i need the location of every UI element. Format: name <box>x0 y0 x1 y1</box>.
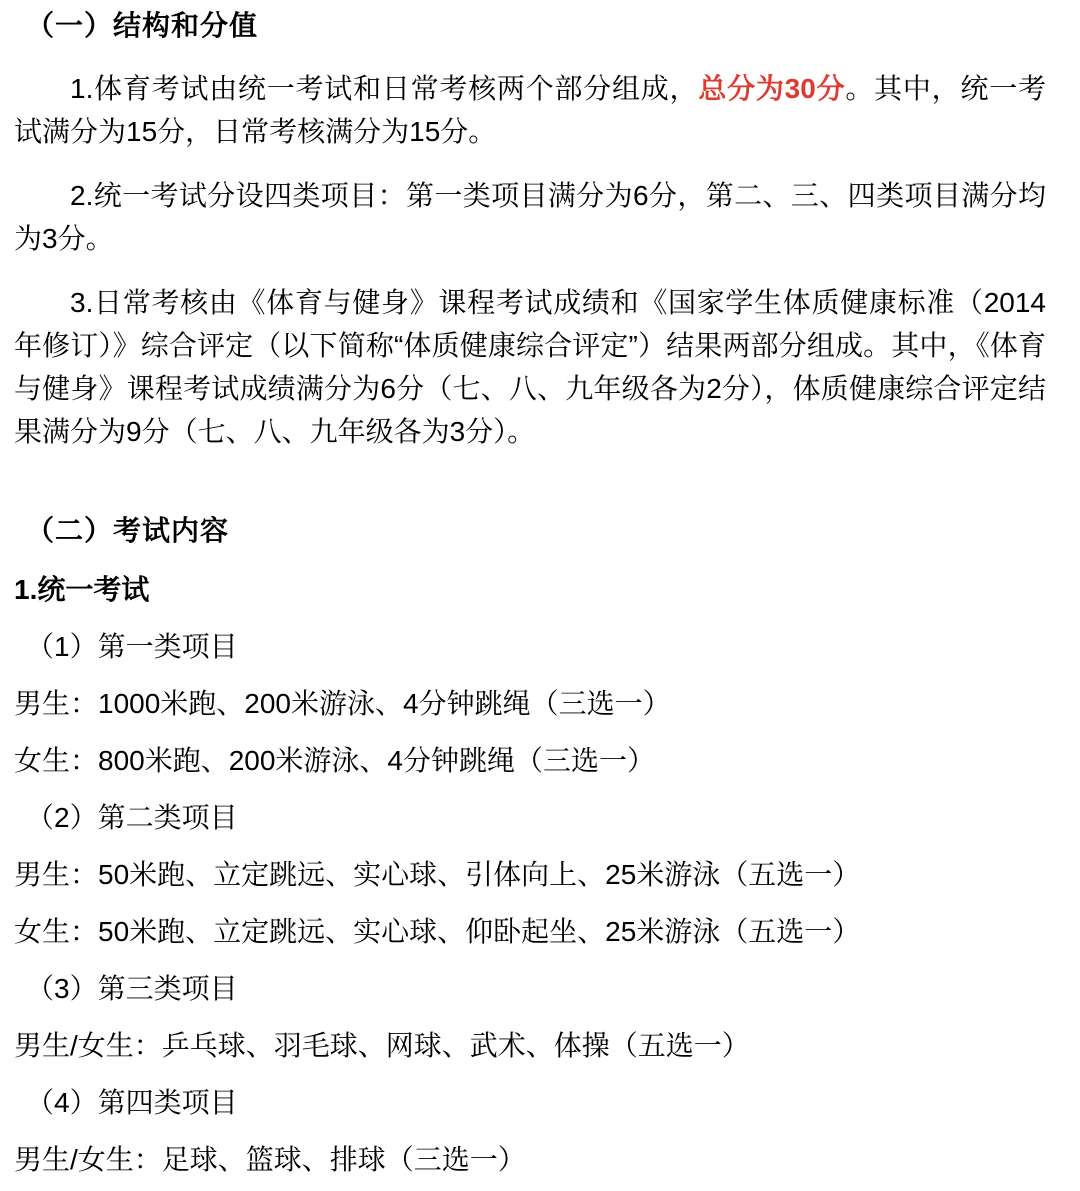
category-1-boys-line: 男生：1000米跑、200米游泳、4分钟跳绳（三选一） <box>14 682 1046 725</box>
subheading-unified-exam: 1.统一考试 <box>14 568 1046 611</box>
paragraph-unified-exam-categories: 2.统一考试分设四类项目：第一类项目满分为6分，第二、三、四类项目满分均为3分。 <box>14 174 1046 260</box>
category-3-label: （3）第三类项目 <box>26 967 1046 1010</box>
category-2-label: （2）第二类项目 <box>26 796 1046 839</box>
category-1-girls-line: 女生：800米跑、200米游泳、4分钟跳绳（三选一） <box>14 739 1046 782</box>
section-heading-structure-and-scores: （一）结构和分值 <box>26 4 1046 47</box>
document-body: （一）结构和分值 1.体育考试由统一考试和日常考核两个部分组成，总分为30分。其… <box>0 0 1080 1181</box>
total-score-highlight: 总分为30分 <box>698 73 845 104</box>
category-2-boys-line: 男生：50米跑、立定跳远、实心球、引体向上、25米游泳（五选一） <box>14 853 1046 896</box>
paragraph-total-score: 1.体育考试由统一考试和日常考核两个部分组成，总分为30分。其中，统一考试满分为… <box>14 67 1046 153</box>
category-3-boys-girls-line: 男生/女生：乒乓球、羽毛球、网球、武术、体操（五选一） <box>14 1024 1046 1067</box>
section-heading-exam-content: （二）考试内容 <box>26 509 1046 552</box>
category-4-label: （4）第四类项目 <box>26 1081 1046 1124</box>
paragraph-total-score-prefix: 1.体育考试由统一考试和日常考核两个部分组成， <box>70 73 698 104</box>
category-1-label: （1）第一类项目 <box>26 625 1046 668</box>
category-4-boys-girls-line: 男生/女生：足球、篮球、排球（三选一） <box>14 1138 1046 1181</box>
paragraph-daily-assessment: 3.日常考核由《体育与健身》课程考试成绩和《国家学生体质健康标准（2014年修订… <box>14 281 1046 453</box>
category-2-girls-line: 女生：50米跑、立定跳远、实心球、仰卧起坐、25米游泳（五选一） <box>14 910 1046 953</box>
